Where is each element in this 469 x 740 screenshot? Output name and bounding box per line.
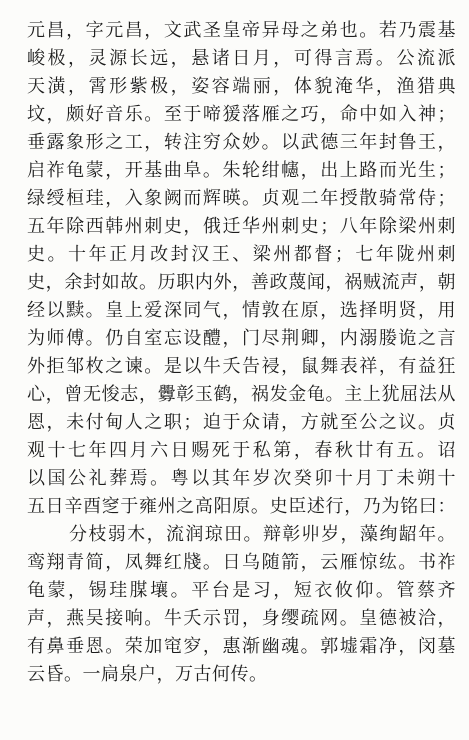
epitaph-text-block: 元昌，字元昌，文武圣皇帝异母之弟也。若乃震基 峻极，灵源长远，悬诸日月，可得言焉…	[27, 16, 456, 688]
text-line: 以国公礼葬焉。粤以其年岁次癸卯十月丁未朔十	[27, 464, 456, 492]
text-line: 坟，颇好音乐。至于啼猨落雁之巧，命中如入神；	[27, 100, 456, 128]
text-line: 为师傅。仍自室忘设醴，门尽荆卿，内溺媵诡之言	[27, 324, 456, 352]
scanned-book-page: 元昌，字元昌，文武圣皇帝异母之弟也。若乃震基 峻极，灵源长远，悬诸日月，可得言焉…	[0, 0, 469, 740]
text-line: 声，燕吴接响。牛夭示罚，身缨疏网。皇德被洽，	[27, 604, 456, 632]
text-line: 启祚龟蒙，开基曲阜。朱轮绀幰，出上路而光生；	[27, 156, 456, 184]
text-line: 恩，未付甸人之职；迫于众请，方就至公之议。贞	[27, 408, 456, 436]
text-line: 有鼻垂恩。荣加窀穸，惠渐幽魂。郭墟霜净，闵墓	[27, 632, 456, 660]
text-line: 史。十年正月改封汉王、梁州都督；七年陇州刺	[27, 240, 456, 268]
text-line: 心，曾无悛志，釁彰玉鹤，祸发金龟。主上犹屈法从	[27, 380, 456, 408]
text-line: 龟蒙，锡珪腜壤。平台是习，短衣攸仰。管蔡齐	[27, 576, 456, 604]
text-line: 绿绶桓珪，入象阙而辉暎。贞观二年授散骑常侍；	[27, 184, 456, 212]
text-line: 垂露象形之工，转注穷众妙。以武德三年封鲁王，	[27, 128, 456, 156]
text-line: 鸾翔青简，凤舞红牋。日乌随箭，云雁惊纮。书祚	[27, 548, 456, 576]
text-line: 史，余封如故。历职内外，善政蔑闻，祸贼流声，朝	[27, 268, 456, 296]
text-line-paragraph-start: 分枝弱木，流润琼田。辩彰丱岁，藻绚龆年。	[27, 520, 456, 548]
text-line-last: 云昏。一扃泉户，万古何传。	[27, 660, 456, 688]
text-line: 经以黩。皇上爱深同气，情敦在原，选择明贤，用	[27, 296, 456, 324]
text-line: 五年除西韩州刺史，俄迁华州刺史；八年除梁州刺	[27, 212, 456, 240]
text-line: 天潢，霄形紫极，姿容端丽，体貌淹华，渔猎典	[27, 72, 456, 100]
text-line: 元昌，字元昌，文武圣皇帝异母之弟也。若乃震基	[27, 16, 456, 44]
text-line: 外拒邹枚之谏。是以牛夭告祲，鼠舞表祥，有益狂	[27, 352, 456, 380]
text-line: 峻极，灵源长远，悬诸日月，可得言焉。公流派	[27, 44, 456, 72]
text-line: 观十七年四月六日赐死于私第，春秋廿有五。诏	[27, 436, 456, 464]
text-line: 五日辛酉窆于雍州之高阳原。史臣述行，乃为铭曰：	[27, 492, 456, 520]
